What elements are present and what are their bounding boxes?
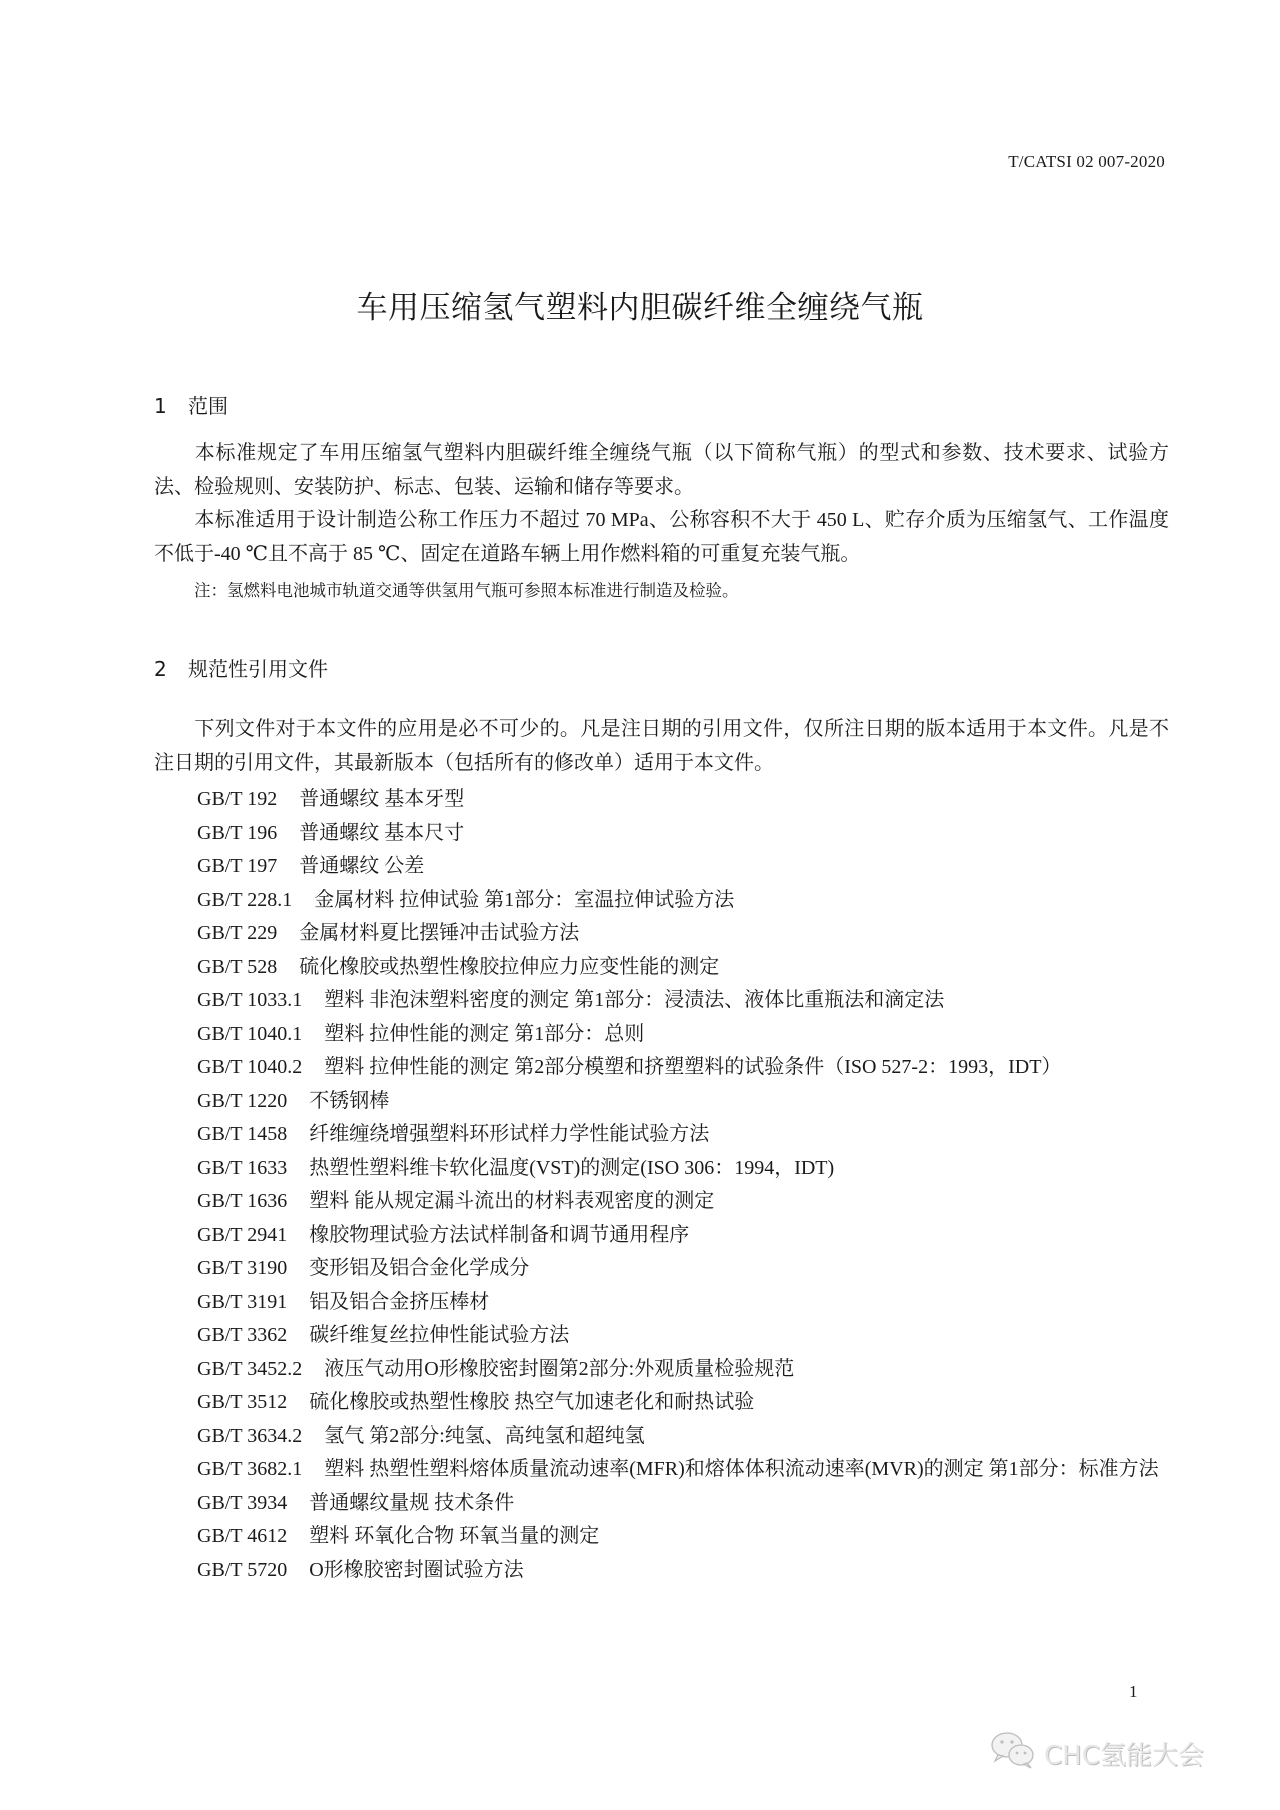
reference-item: GB/T 1220不锈钢棒 [154,1085,1169,1119]
section-number: 2 [154,657,188,681]
section-1-heading: 1范围 [154,390,228,419]
reference-title: 金属材料 拉伸试验 第1部分：室温拉伸试验方法 [314,889,734,911]
section-title: 范围 [188,394,228,418]
reference-item: GB/T 1033.1塑料 非泡沫塑料密度的测定 第1部分：浸渍法、液体比重瓶法… [154,984,1169,1018]
reference-code: GB/T 1220 [197,1090,287,1112]
reference-code: GB/T 3934 [197,1492,287,1514]
reference-item: GB/T 228.1金属材料 拉伸试验 第1部分：室温拉伸试验方法 [154,884,1169,918]
scope-note: 注：氢燃料电池城市轨道交通等供氢用气瓶可参照本标准进行制造及检验。 [194,577,739,601]
reference-title: O形橡胶密封圈试验方法 [309,1559,523,1581]
document-code: T/CATSI 02 007-2020 [1008,152,1165,172]
scope-paragraph-2: 本标准适用于设计制造公称工作压力不超过 70 MPa、公称容积不大于 450 L… [154,504,1169,571]
normative-references-list: GB/T 192普通螺纹 基本牙型 GB/T 196普通螺纹 基本尺寸 GB/T… [154,783,1169,1587]
reference-title: 普通螺纹 公差 [299,855,424,877]
reference-code: GB/T 2941 [197,1224,287,1246]
reference-item: GB/T 229金属材料夏比摆锤冲击试验方法 [154,917,1169,951]
reference-item: GB/T 3512硫化橡胶或热塑性橡胶 热空气加速老化和耐热试验 [154,1386,1169,1420]
reference-code: GB/T 1636 [197,1190,287,1212]
reference-title: 纤维缠绕增强塑料环形试样力学性能试验方法 [309,1123,709,1145]
reference-code: GB/T 196 [197,822,277,844]
reference-title: 塑料 非泡沫塑料密度的测定 第1部分：浸渍法、液体比重瓶法和滴定法 [324,989,944,1011]
reference-title: 变形铝及铝合金化学成分 [309,1257,529,1279]
reference-code: GB/T 192 [197,788,277,810]
reference-code: GB/T 3190 [197,1257,287,1279]
reference-item: GB/T 528硫化橡胶或热塑性橡胶拉伸应力应变性能的测定 [154,951,1169,985]
reference-item: GB/T 4612塑料 环氧化合物 环氧当量的测定 [154,1520,1169,1554]
watermark-text: CHC氢能大会 [1044,1735,1204,1772]
reference-title: 普通螺纹 基本尺寸 [299,822,464,844]
scope-paragraph-1: 本标准规定了车用压缩氢气塑料内胆碳纤维全缠绕气瓶（以下简称气瓶）的型式和参数、技… [154,437,1169,504]
reference-item: GB/T 2941橡胶物理试验方法试样制备和调节通用程序 [154,1219,1169,1253]
reference-code: GB/T 1458 [197,1123,287,1145]
reference-item: GB/T 197普通螺纹 公差 [154,850,1169,884]
reference-title: 塑料 能从规定漏斗流出的材料表观密度的测定 [309,1190,714,1212]
reference-code: GB/T 5720 [197,1559,287,1581]
reference-item: GB/T 3362碳纤维复丝拉伸性能试验方法 [154,1319,1169,1353]
reference-code: GB/T 3512 [197,1391,287,1413]
reference-item: GB/T 3452.2液压气动用O形橡胶密封圈第2部分:外观质量检验规范 [154,1353,1169,1387]
reference-title: 金属材料夏比摆锤冲击试验方法 [299,922,579,944]
paragraph-text: 下列文件对于本文件的应用是必不可少的。凡是注日期的引用文件，仅所注日期的版本适用… [154,718,1169,774]
section-title: 规范性引用文件 [188,657,328,681]
reference-title: 液压气动用O形橡胶密封圈第2部分:外观质量检验规范 [324,1358,794,1380]
page-number: 1 [1129,1682,1138,1702]
reference-code: GB/T 228.1 [197,889,292,911]
reference-item: GB/T 196普通螺纹 基本尺寸 [154,817,1169,851]
reference-title: 普通螺纹量规 技术条件 [309,1492,514,1514]
reference-code: GB/T 197 [197,855,277,877]
reference-code: GB/T 1040.1 [197,1023,302,1045]
reference-code: GB/T 3362 [197,1324,287,1346]
reference-title: 铝及铝合金挤压棒材 [309,1291,489,1313]
reference-item: GB/T 3934普通螺纹量规 技术条件 [154,1487,1169,1521]
reference-code: GB/T 528 [197,956,277,978]
reference-item: GB/T 1040.2塑料 拉伸性能的测定 第2部分模塑和挤塑塑料的试验条件（I… [154,1051,1169,1085]
document-title: 车用压缩氢气塑料内胆碳纤维全缠绕气瓶 [0,282,1280,327]
reference-code: GB/T 1633 [197,1157,287,1179]
reference-title: 普通螺纹 基本牙型 [299,788,464,810]
paragraph-text: 本标准规定了车用压缩氢气塑料内胆碳纤维全缠绕气瓶（以下简称气瓶）的型式和参数、技… [154,442,1169,498]
reference-title: 氢气 第2部分:纯氢、高纯氢和超纯氢 [324,1425,645,1447]
reference-item: GB/T 192普通螺纹 基本牙型 [154,783,1169,817]
reference-item: GB/T 5720O形橡胶密封圈试验方法 [154,1554,1169,1588]
reference-item: GB/T 1633热塑性塑料维卡软化温度(VST)的测定(ISO 306：199… [154,1152,1169,1186]
reference-code: GB/T 229 [197,922,277,944]
paragraph-text: 本标准适用于设计制造公称工作压力不超过 70 MPa、公称容积不大于 450 L… [154,509,1169,565]
reference-code: GB/T 3452.2 [197,1358,302,1380]
reference-code: GB/T 3682.1 [197,1458,302,1480]
reference-code: GB/T 3634.2 [197,1425,302,1447]
reference-title: 塑料 拉伸性能的测定 第2部分模塑和挤塑塑料的试验条件（ISO 527-2：19… [324,1056,1061,1078]
reference-item: GB/T 3191铝及铝合金挤压棒材 [154,1286,1169,1320]
reference-item: GB/T 1458纤维缠绕增强塑料环形试样力学性能试验方法 [154,1118,1169,1152]
reference-code: GB/T 1040.2 [197,1056,302,1078]
reference-item: GB/T 3190变形铝及铝合金化学成分 [154,1252,1169,1286]
reference-item: GB/T 1636塑料 能从规定漏斗流出的材料表观密度的测定 [154,1185,1169,1219]
reference-title: 塑料 拉伸性能的测定 第1部分：总则 [324,1023,644,1045]
reference-item: GB/T 3682.1塑料 热塑性塑料熔体质量流动速率(MFR)和熔体体积流动速… [154,1453,1169,1487]
reference-title: 硫化橡胶或热塑性橡胶拉伸应力应变性能的测定 [299,956,719,978]
reference-title: 不锈钢棒 [309,1090,389,1112]
reference-title: 硫化橡胶或热塑性橡胶 热空气加速老化和耐热试验 [309,1391,754,1413]
reference-item: GB/T 3634.2氢气 第2部分:纯氢、高纯氢和超纯氢 [154,1420,1169,1454]
reference-title: 塑料 环氧化合物 环氧当量的测定 [309,1525,599,1547]
reference-code: GB/T 3191 [197,1291,287,1313]
wechat-icon [990,1730,1036,1777]
reference-item: GB/T 1040.1塑料 拉伸性能的测定 第1部分：总则 [154,1018,1169,1052]
reference-code: GB/T 4612 [197,1525,287,1547]
references-intro-paragraph: 下列文件对于本文件的应用是必不可少的。凡是注日期的引用文件，仅所注日期的版本适用… [154,713,1169,780]
section-number: 1 [154,394,188,418]
reference-title: 橡胶物理试验方法试样制备和调节通用程序 [309,1224,689,1246]
reference-title: 碳纤维复丝拉伸性能试验方法 [309,1324,569,1346]
watermark: CHC氢能大会 [990,1730,1204,1777]
reference-title: 热塑性塑料维卡软化温度(VST)的测定(ISO 306：1994，IDT) [309,1157,834,1179]
reference-title: 塑料 热塑性塑料熔体质量流动速率(MFR)和熔体体积流动速率(MVR)的测定 第… [324,1458,1158,1480]
reference-code: GB/T 1033.1 [197,989,302,1011]
section-2-heading: 2规范性引用文件 [154,653,328,682]
